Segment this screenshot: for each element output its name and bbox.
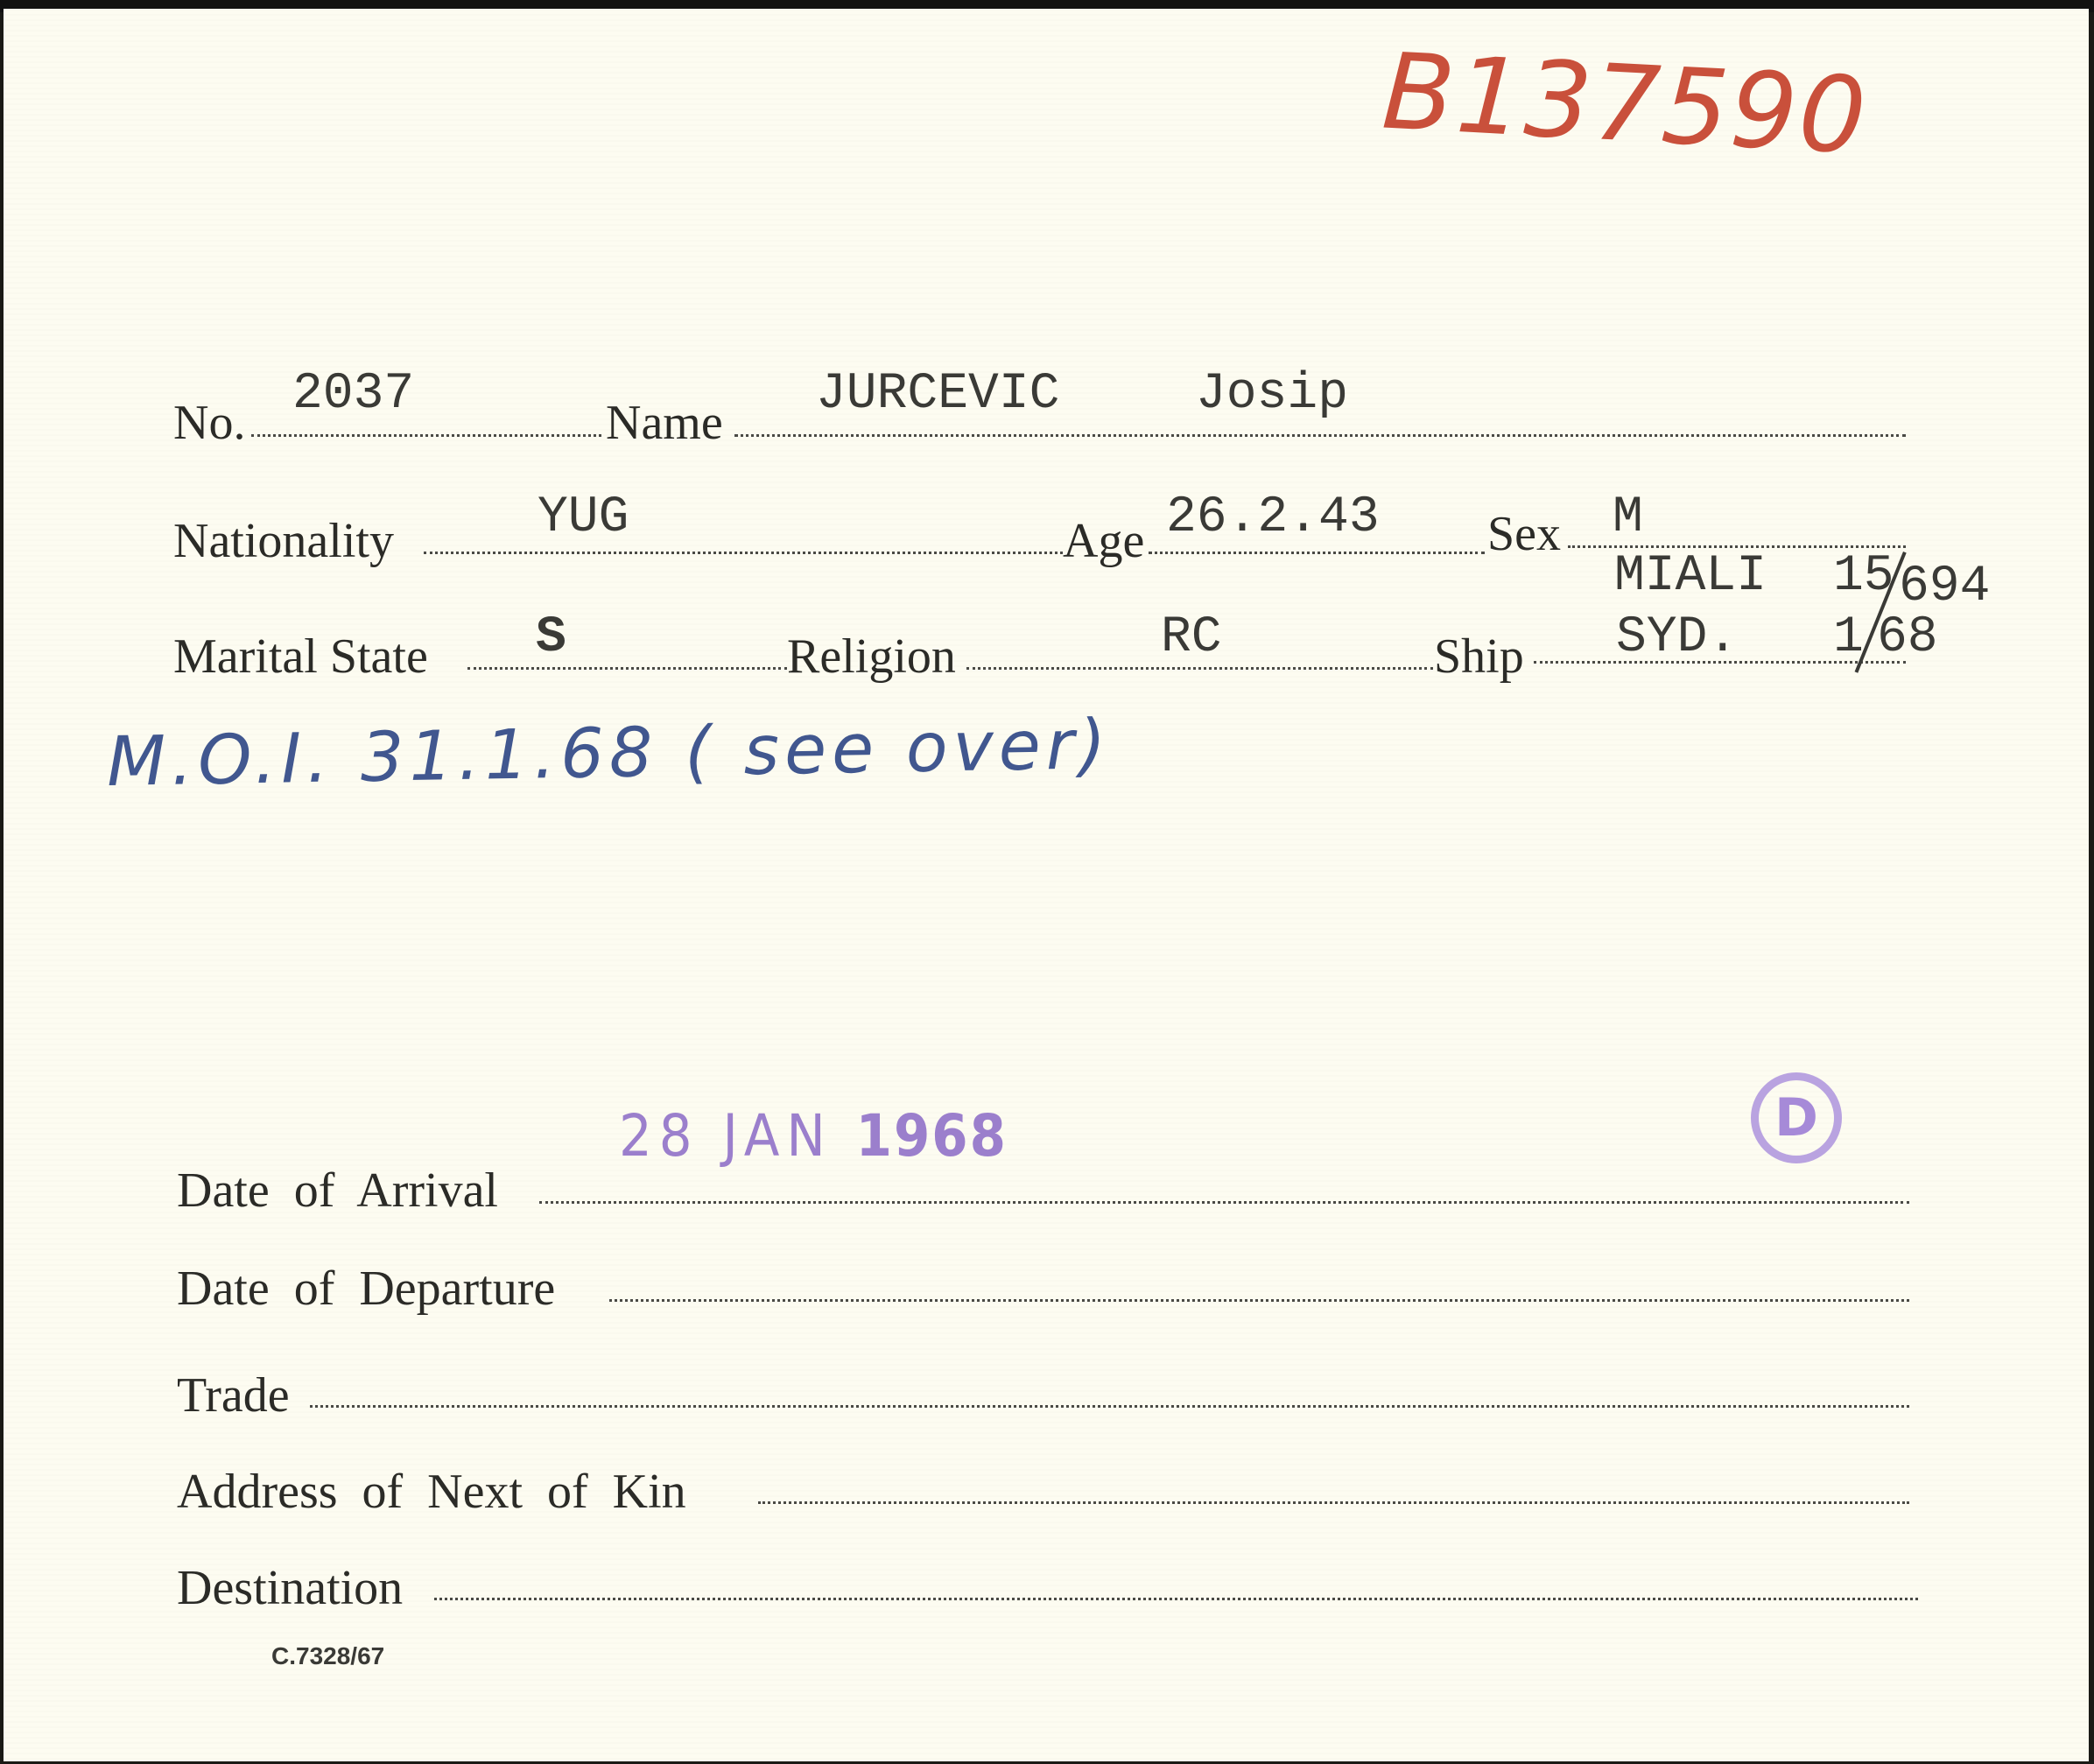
sex-label: Sex <box>1487 510 1561 559</box>
age-label: Age <box>1063 517 1144 566</box>
religion-label: Religion <box>787 632 956 681</box>
no-dotted-line <box>251 434 601 437</box>
ship-name-line1: MIALI <box>1614 552 1767 602</box>
reference-number: B137590 <box>1380 40 1870 171</box>
date-of-arrival-label: Date of Arrival <box>177 1166 498 1215</box>
religion-dotted-line <box>966 667 1433 670</box>
ship-label: Ship <box>1434 632 1524 681</box>
destination-dotted-line <box>434 1598 1918 1600</box>
given-name-value: Josip <box>1196 369 1348 420</box>
nationality-label: Nationality <box>173 517 394 566</box>
handwritten-note: M.O.I. 31.1.68 ( see over) <box>106 711 1111 797</box>
no-value: 2037 <box>292 369 414 420</box>
ship-line2-denominator: 68 <box>1877 613 1938 664</box>
address-next-of-kin-dotted-line <box>758 1501 1909 1504</box>
age-dotted-line <box>1149 552 1485 554</box>
migrant-record-card: B137590 No. 2037 Name JURCEVIC Josip Nat… <box>4 9 2089 1761</box>
arrival-date-stamp: 28 JAN 1968 <box>619 1107 1008 1165</box>
marital-state-value: S <box>536 613 566 664</box>
religion-value: RC <box>1161 613 1222 664</box>
trade-dotted-line <box>310 1405 1909 1408</box>
ship-name-line2: SYD. <box>1616 613 1738 664</box>
stamp-month: JAN <box>722 1102 832 1170</box>
no-label: No. <box>173 398 245 447</box>
date-of-arrival-dotted-line <box>539 1201 1909 1204</box>
ship-line1-denominator: 694 <box>1899 562 1990 613</box>
ship-line2-numerator: 1 <box>1833 613 1864 664</box>
age-value: 26.2.43 <box>1166 493 1380 544</box>
destination-label: Destination <box>177 1564 403 1613</box>
name-dotted-line <box>734 434 1906 437</box>
surname-value: JURCEVIC <box>816 369 1059 420</box>
trade-label: Trade <box>177 1371 290 1420</box>
address-next-of-kin-label: Address of Next of Kin <box>177 1467 686 1516</box>
sex-value: M <box>1613 493 1643 544</box>
nationality-value: YUG <box>538 493 629 544</box>
marital-state-dotted-line <box>467 667 787 670</box>
circled-d-stamp-icon: D <box>1751 1072 1842 1163</box>
date-of-departure-label: Date of Departure <box>177 1264 555 1313</box>
date-of-departure-dotted-line <box>609 1299 1909 1302</box>
marital-state-label: Marital State <box>173 632 428 681</box>
form-code: C.7328/67 <box>271 1642 384 1670</box>
stamp-day: 28 <box>619 1102 699 1170</box>
stamp-year: 1968 <box>856 1102 1008 1170</box>
name-label: Name <box>606 398 723 447</box>
nationality-dotted-line <box>424 552 1063 554</box>
